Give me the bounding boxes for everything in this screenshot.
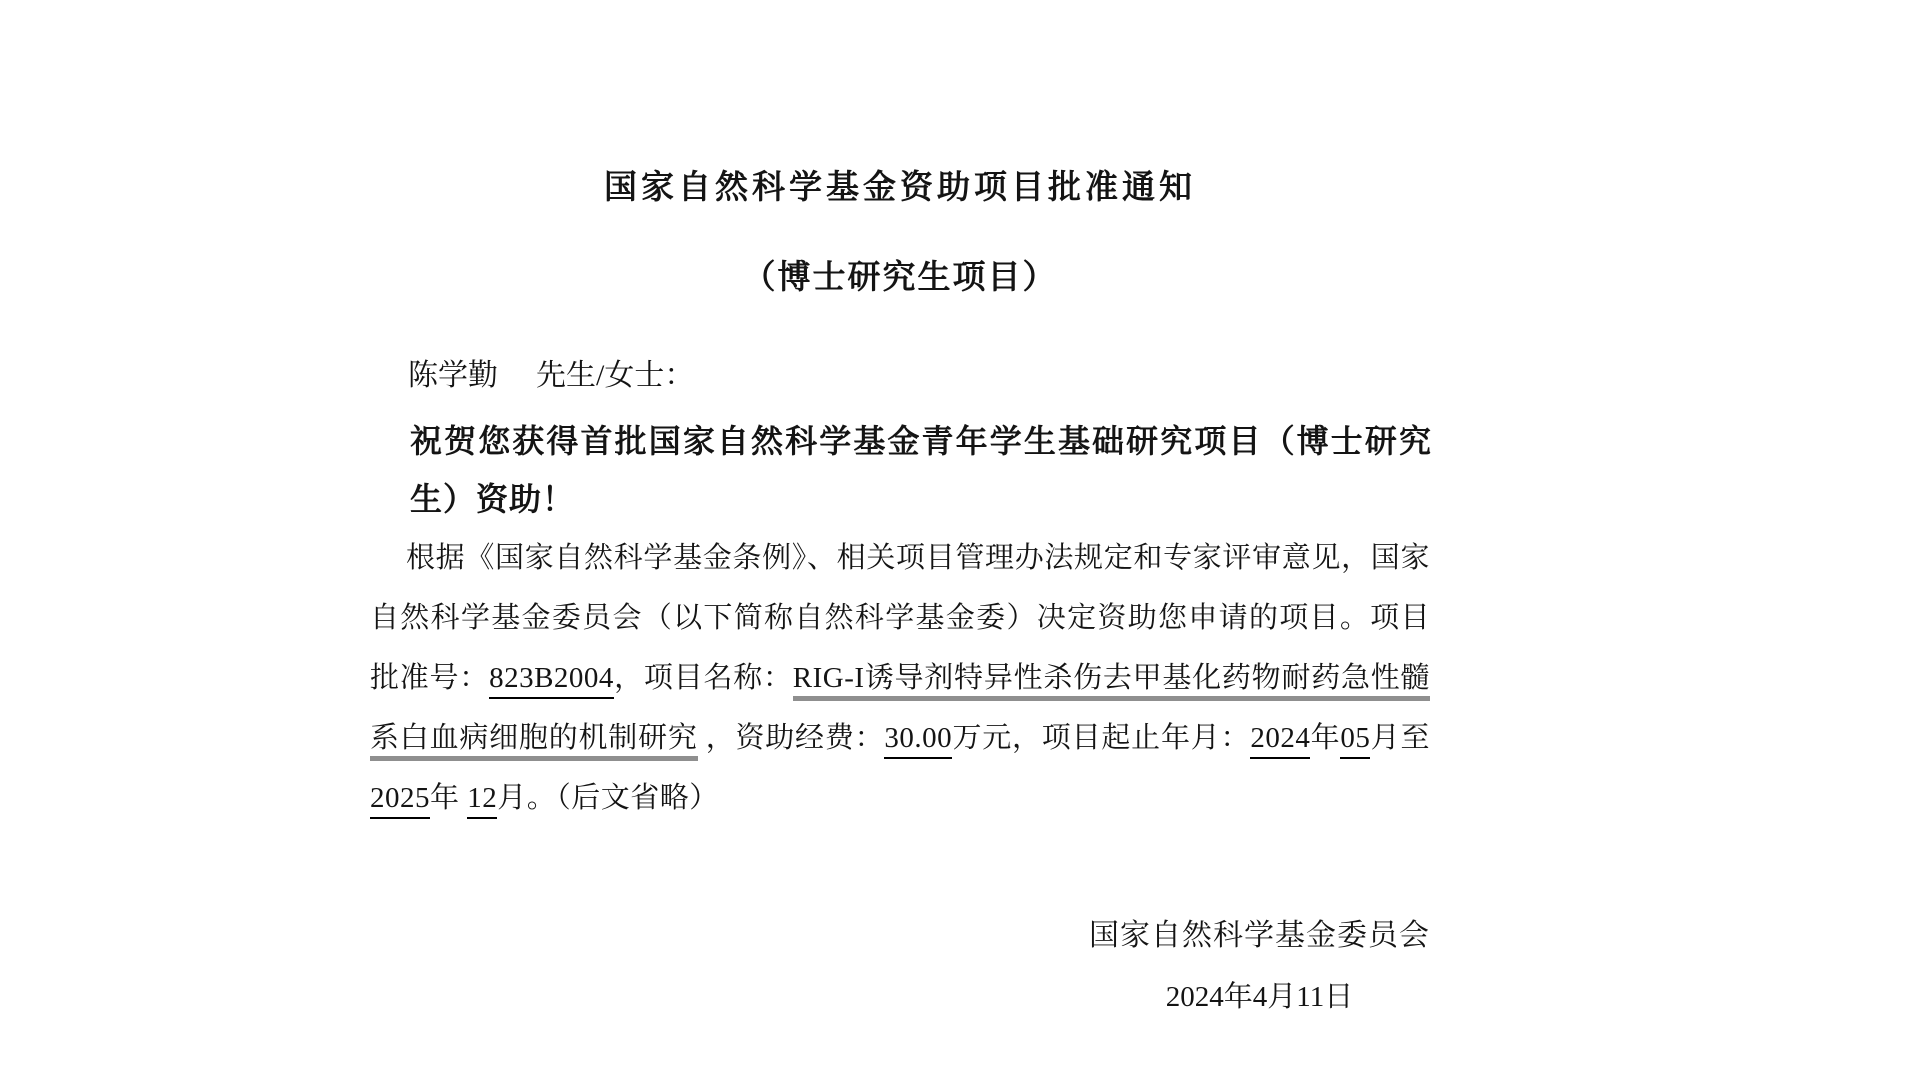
notice-date: 2024年4月11日 [1089,978,1430,1016]
salutation-line: 陈学勤先生/女士： [408,356,694,396]
signature-organization: 国家自然科学基金委员会 [1089,916,1430,956]
end-year-separator-text: 年 [430,782,467,814]
signature-inner: 国家自然科学基金委员会 2024年4月11日 [1089,916,1430,1016]
funding-label-text: ，资助经费： [698,722,885,754]
body-tail-text: 月。（后文省略） [497,782,719,814]
start-year-value: 2024 [1250,722,1310,759]
notice-title: 国家自然科学基金资助项目批准通知 [370,166,1430,210]
end-year-value: 2025 [370,782,430,819]
signature-block: 国家自然科学基金委员会 2024年4月11日 [1089,916,1430,1016]
end-month-value: 12 [467,782,497,819]
recipient-name: 陈学勤 [408,359,498,392]
congratulation-paragraph: 祝贺您获得首批国家自然科学基金青年学生基础研究项目（博士研究生）资助！ [410,412,1432,528]
notice-document: 国家自然科学基金资助项目批准通知 （博士研究生项目） 陈学勤先生/女士： 祝贺您… [0,0,1920,1080]
body-paragraph: 根据《国家自然科学基金条例》、相关项目管理办法规定和专家评审意见，国家自然科学基… [370,528,1430,828]
funding-unit-text: 万元，项目起止年月： [952,722,1250,754]
notice-subtitle: （博士研究生项目） [370,256,1430,300]
start-year-separator-text: 年 [1310,722,1340,754]
funding-amount-value: 30.00 [884,722,952,759]
start-month-value: 05 [1340,722,1370,759]
project-name-label-text: ，项目名称： [614,662,793,694]
date-range-separator-text: 月至 [1370,722,1430,754]
grant-number-value: 823B2004 [489,662,614,699]
salutation-suffix: 先生/女士： [536,359,694,392]
